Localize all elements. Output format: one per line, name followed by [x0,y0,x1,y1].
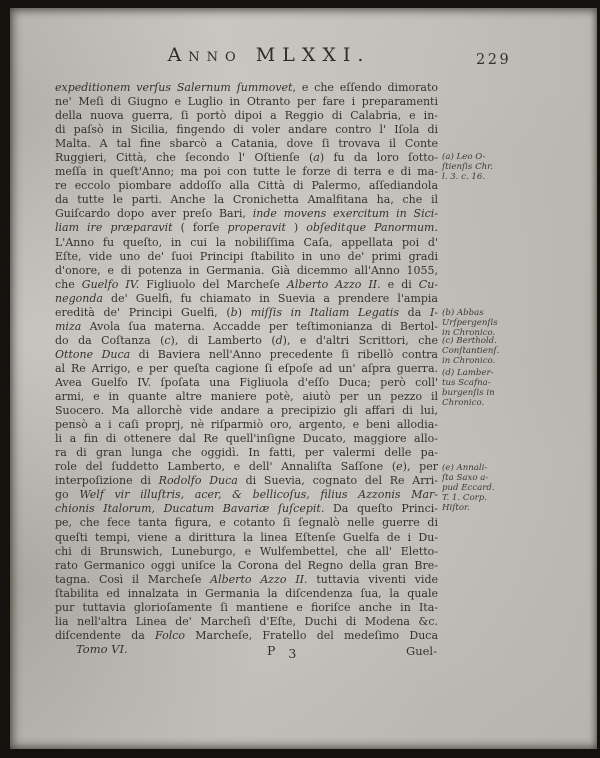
body-line: che Guelfo IV. Figliuolo del Marcheſe Al… [55,278,438,292]
body-line: Eſte, vide uno de' ſuoi Principi ſtabili… [55,250,438,264]
signature-letter: P [267,643,275,658]
body-line: queſti tempi, viene a dirittura la linea… [55,531,438,545]
body-line: Ottone Duca di Baviera nell'Anno precede… [55,348,438,362]
body-line: diſcendente da Folco Marcheſe, Fratello … [55,629,438,643]
body-line: pur tuttavia glorioſamente ſi mantiene e… [55,601,438,615]
body-line: d'onore, e di potenza in Germania. Già d… [55,264,438,278]
catchword: Guel- [390,644,437,658]
volume-label: Tomo VI. [76,642,128,656]
margin-note-e: (e) Annali-ſta Saxo a-pud Eccard.T. 1. C… [442,464,526,514]
body-line: do da Coſtanza (c), di Lamberto (d), e d… [55,334,438,348]
body-line: lia nell'altra Linea de' Marcheſi d'Eſte… [55,615,438,629]
body-line: ne' Meſi di Giugno e Luglio in Otranto p… [55,95,438,109]
body-line: della nuova guerra, ſi portò dipoi a Reg… [55,109,438,123]
body-line: re eccolo piombare addoſſo alla Città di… [55,179,438,193]
margin-note-a: (a) Leo O-ſtienſis Chr.l. 3. c. 16. [442,153,526,183]
signature-mark: P3 [267,643,296,658]
body-line: Avea Guelfo IV. ſpoſata una Figliuola d'… [55,376,438,390]
body-line: interpoſizione di Rodolfo Duca di Suevia… [55,474,438,488]
body-line: L'Anno fu queſto, in cui la nobiliſſima … [55,236,438,250]
body-line: expeditionem verſus Salernum ſummovet, e… [55,81,438,95]
page-number: 229 [476,52,511,68]
body-line: eredità de' Principi Guelfi, (b) miſſis … [55,306,438,320]
body-line: di paſsò in Sicilia, fingendo di voler a… [55,123,438,137]
body-line: Ruggieri, Città, che ſecondo l' Oſtienſe… [55,151,438,165]
page-paper: Anno MLXXI. 229 expeditionem verſus Sale… [10,8,597,749]
body-line: meſſa in queſt'Anno; ma poi con tutte le… [55,165,438,179]
body-line: Suocero. Ma allorchè vide andare a preci… [55,404,438,418]
body-line: role del ſuddetto Lamberto, e dell' Anna… [55,460,438,474]
body-text-block: expeditionem verſus Salernum ſummovet, e… [55,81,438,643]
body-line: rato Germanico oggi uniſce la Corona del… [55,559,438,573]
body-line: Malta. A tal fine sbarcò a Catania, dove… [55,137,438,151]
margin-note-c: (c) Berthold.Conſtantienſ.in Chronico. [442,337,526,367]
body-line: chi di Brunswich, Luneburgo, e Wulfembet… [55,545,438,559]
body-line: armi, e in quante altre maniere potè, ai… [55,390,438,404]
body-line: da tutte le parti. Anche la Cronichetta … [55,193,438,207]
body-line: miza Avola ſua materna. Accadde per teſt… [55,320,438,334]
body-line: tagna. Così il Marcheſe Alberto Azzo II.… [55,573,438,587]
body-line: ſtabilita ed innalzata in Germania la di… [55,587,438,601]
signature-number: 3 [288,646,296,661]
book-page-scan: Anno MLXXI. 229 expeditionem verſus Sale… [0,0,600,758]
body-line: al Re Arrigo, e per queſta cagione ſi eſ… [55,362,438,376]
margin-note-d: (d) Lamber-tus Scafna-burgenſis inChroni… [442,369,526,409]
body-line: chionis Italorum, Ducatum Bavariæ ſuſcep… [55,502,438,516]
body-line: liam ire præparavit ( forſe properavit )… [55,221,438,235]
body-line: li a fin di ottenere dal Re quell'inſign… [55,432,438,446]
body-line: pe, che fece tanta figura, e cotanto ſi … [55,516,438,530]
body-line: negonda de' Guelfi, fu chiamato in Suevi… [55,292,438,306]
body-line: Guiſcardo dopo aver preſo Bari, inde mov… [55,207,438,221]
body-line: ra di gran lunga che oggidì. In fatti, p… [55,446,438,460]
body-line: go Welf vir illuſtris, acer, & bellicoſu… [55,488,438,502]
body-line: pensò a i caſi proprj, nè riſparmiò oro,… [55,418,438,432]
running-head: Anno MLXXI. [119,44,419,66]
margin-note-b: (b) AbbasUrſpergenſisin Chronico. [442,309,526,339]
